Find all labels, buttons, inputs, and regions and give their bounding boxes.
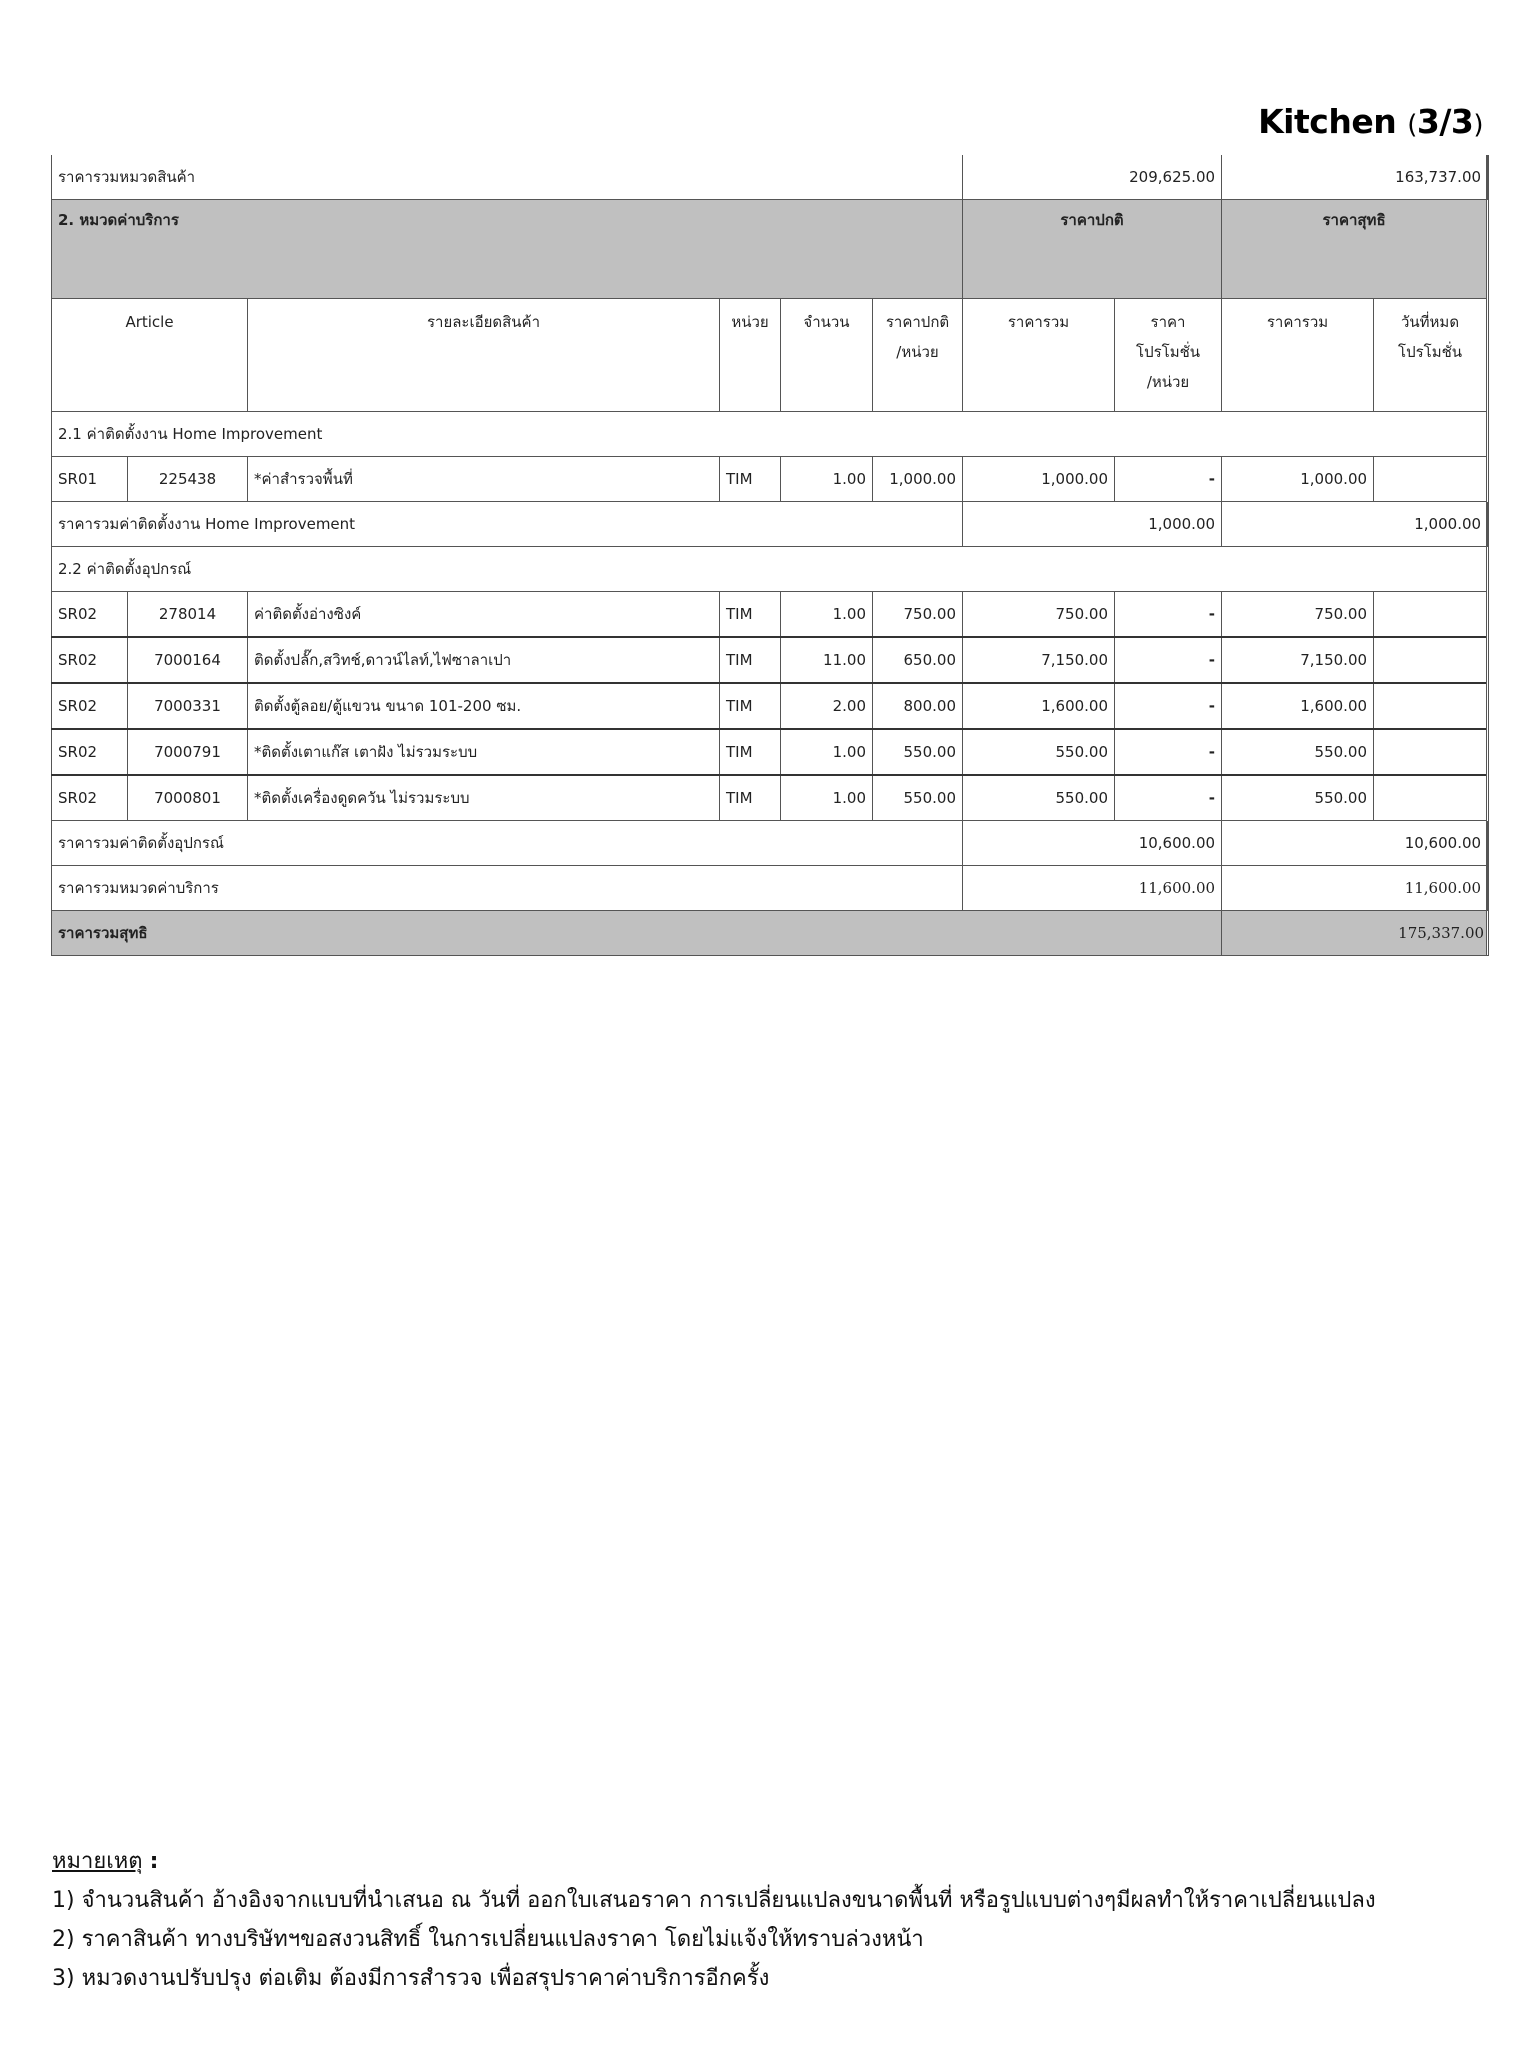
cell-qty: 1.00 bbox=[781, 775, 873, 821]
cell-net-total: 1,600.00 bbox=[1222, 683, 1374, 729]
services-total-label: ราคารวมหมวดค่าบริการ bbox=[52, 866, 963, 911]
cell-unit: TIM bbox=[720, 592, 781, 638]
products-total-row: ราคารวมหมวดสินค้า 209,625.00 163,737.00 bbox=[52, 155, 1488, 200]
cell-unit: TIM bbox=[720, 637, 781, 683]
products-total-label: ราคารวมหมวดสินค้า bbox=[52, 155, 963, 200]
page-title: Kitchen (3/3) bbox=[1258, 102, 1483, 141]
cell-article: 7000791 bbox=[128, 729, 248, 775]
grand-total-label: ราคารวมสุทธิ bbox=[52, 911, 1222, 956]
cell-unit: TIM bbox=[720, 683, 781, 729]
page-title-text: Kitchen bbox=[1258, 102, 1396, 141]
grand-total-row: ราคารวมสุทธิ 175,337.00 bbox=[52, 911, 1488, 956]
col-unit: หน่วย bbox=[720, 299, 781, 412]
cell-net-total: 550.00 bbox=[1222, 775, 1374, 821]
table-row: SR027000801*ติดตั้งเครื่องดูดควัน ไม่รวม… bbox=[52, 775, 1488, 821]
cell-promo-end bbox=[1374, 729, 1488, 775]
cell-description: *ติดตั้งเตาแก๊ส เตาฝัง ไม่รวมระบบ bbox=[248, 729, 720, 775]
cell-unit: TIM bbox=[720, 729, 781, 775]
col-net-total: ราคารวม bbox=[1222, 299, 1374, 412]
subtotal-net: 10,600.00 bbox=[1222, 821, 1488, 866]
cell-net-total: 750.00 bbox=[1222, 592, 1374, 638]
col-article: Article bbox=[52, 299, 248, 412]
notes-title: หมายเหตุ bbox=[52, 1849, 143, 1874]
subtotal-regular: 10,600.00 bbox=[963, 821, 1222, 866]
note-item: 3) หมวดงานปรับปรุง ต่อเติม ต้องมีการสำรว… bbox=[52, 1959, 1376, 1998]
cell-code: SR02 bbox=[52, 683, 128, 729]
page-indicator: 3/3 bbox=[1417, 102, 1473, 141]
cell-article: 278014 bbox=[128, 592, 248, 638]
cell-net-total: 1,000.00 bbox=[1222, 457, 1374, 502]
cell-code: SR01 bbox=[52, 457, 128, 502]
cell-article: 225438 bbox=[128, 457, 248, 502]
cell-unit-price: 550.00 bbox=[873, 775, 963, 821]
cell-total: 550.00 bbox=[963, 775, 1115, 821]
category-label: 2. หมวดค่าบริการ bbox=[52, 200, 963, 299]
services-total-row: ราคารวมหมวดค่าบริการ 11,600.00 11,600.00 bbox=[52, 866, 1488, 911]
subtotal-net: 1,000.00 bbox=[1222, 502, 1488, 547]
cell-qty: 1.00 bbox=[781, 592, 873, 638]
cell-qty: 11.00 bbox=[781, 637, 873, 683]
cell-promo-price: - bbox=[1115, 592, 1222, 638]
cell-qty: 2.00 bbox=[781, 683, 873, 729]
table-row: SR027000791*ติดตั้งเตาแก๊ส เตาฝัง ไม่รวม… bbox=[52, 729, 1488, 775]
subtotal-regular: 1,000.00 bbox=[963, 502, 1222, 547]
cell-description: ติดตั้งตู้ลอย/ตู้แขวน ขนาด 101-200 ซม. bbox=[248, 683, 720, 729]
subtotal-label: ราคารวมค่าติดตั้งอุปกรณ์ bbox=[52, 821, 963, 866]
cell-description: *ติดตั้งเครื่องดูดควัน ไม่รวมระบบ bbox=[248, 775, 720, 821]
section-header-row: 2.1 ค่าติดตั้งงาน Home Improvement bbox=[52, 412, 1488, 457]
cell-promo-price: - bbox=[1115, 457, 1222, 502]
cell-promo-price: - bbox=[1115, 637, 1222, 683]
services-net-total: 11,600.00 bbox=[1222, 866, 1488, 911]
cell-code: SR02 bbox=[52, 729, 128, 775]
cell-total: 550.00 bbox=[963, 729, 1115, 775]
cell-net-total: 7,150.00 bbox=[1222, 637, 1374, 683]
cell-description: ติดตั้งปลั๊ก,สวิทช์,ดาวน์ไลท์,ไฟซาลาเปา bbox=[248, 637, 720, 683]
category-header-row: 2. หมวดค่าบริการ ราคาปกติ ราคาสุทธิ bbox=[52, 200, 1488, 299]
cell-total: 1,600.00 bbox=[963, 683, 1115, 729]
products-regular-total: 209,625.00 bbox=[963, 155, 1222, 200]
cell-unit-price: 550.00 bbox=[873, 729, 963, 775]
cell-unit: TIM bbox=[720, 775, 781, 821]
quotation-table: ราคารวมหมวดสินค้า 209,625.00 163,737.00 … bbox=[51, 155, 1489, 956]
table-row: SR027000331ติดตั้งตู้ลอย/ตู้แขวน ขนาด 10… bbox=[52, 683, 1488, 729]
cell-code: SR02 bbox=[52, 775, 128, 821]
note-item: 2) ราคาสินค้า ทางบริษัทฯขอสงวนสิทธิ์ ในก… bbox=[52, 1920, 1376, 1959]
col-quantity: จำนวน bbox=[781, 299, 873, 412]
cell-unit: TIM bbox=[720, 457, 781, 502]
section-subtotal-row: ราคารวมค่าติดตั้งงาน Home Improvement1,0… bbox=[52, 502, 1488, 547]
cell-article: 7000331 bbox=[128, 683, 248, 729]
notes: หมายเหตุ : 1) จำนวนสินค้า อ้างอิงจากแบบท… bbox=[52, 1842, 1376, 1998]
section-label: 2.1 ค่าติดตั้งงาน Home Improvement bbox=[52, 412, 1488, 457]
cell-promo-price: - bbox=[1115, 683, 1222, 729]
cell-code: SR02 bbox=[52, 592, 128, 638]
cell-promo-end bbox=[1374, 592, 1488, 638]
products-net-total: 163,737.00 bbox=[1222, 155, 1488, 200]
col-promo-end: วันที่หมดโปรโมชั่น bbox=[1374, 299, 1488, 412]
col-regular-total: ราคารวม bbox=[963, 299, 1115, 412]
section-header-row: 2.2 ค่าติดตั้งอุปกรณ์ bbox=[52, 547, 1488, 592]
table-row: SR027000164ติดตั้งปลั๊ก,สวิทช์,ดาวน์ไลท์… bbox=[52, 637, 1488, 683]
col-description: รายละเอียดสินค้า bbox=[248, 299, 720, 412]
grand-total-value: 175,337.00 bbox=[1222, 911, 1488, 956]
column-header-row: Article รายละเอียดสินค้า หน่วย จำนวน ราค… bbox=[52, 299, 1488, 412]
col-promo-price: ราคาโปรโมชั่น/หน่วย bbox=[1115, 299, 1222, 412]
cell-description: *ค่าสำรวจพื้นที่ bbox=[248, 457, 720, 502]
cell-unit-price: 800.00 bbox=[873, 683, 963, 729]
table-row: SR02278014ค่าติดตั้งอ่างซิงค์TIM1.00750.… bbox=[52, 592, 1488, 638]
col-regular-unit-price: ราคาปกติ/หน่วย bbox=[873, 299, 963, 412]
table-row: SR01225438*ค่าสำรวจพื้นที่TIM1.001,000.0… bbox=[52, 457, 1488, 502]
cell-code: SR02 bbox=[52, 637, 128, 683]
cell-promo-end bbox=[1374, 683, 1488, 729]
cell-unit-price: 750.00 bbox=[873, 592, 963, 638]
cell-qty: 1.00 bbox=[781, 729, 873, 775]
cell-unit-price: 1,000.00 bbox=[873, 457, 963, 502]
cell-article: 7000801 bbox=[128, 775, 248, 821]
cell-total: 1,000.00 bbox=[963, 457, 1115, 502]
cell-description: ค่าติดตั้งอ่างซิงค์ bbox=[248, 592, 720, 638]
section-label: 2.2 ค่าติดตั้งอุปกรณ์ bbox=[52, 547, 1488, 592]
cell-qty: 1.00 bbox=[781, 457, 873, 502]
cell-unit-price: 650.00 bbox=[873, 637, 963, 683]
section-subtotal-row: ราคารวมค่าติดตั้งอุปกรณ์10,600.0010,600.… bbox=[52, 821, 1488, 866]
cell-article: 7000164 bbox=[128, 637, 248, 683]
cell-total: 7,150.00 bbox=[963, 637, 1115, 683]
note-item: 1) จำนวนสินค้า อ้างอิงจากแบบที่นำเสนอ ณ … bbox=[52, 1881, 1376, 1920]
regular-price-group-header: ราคาปกติ bbox=[963, 200, 1222, 299]
cell-net-total: 550.00 bbox=[1222, 729, 1374, 775]
cell-promo-end bbox=[1374, 775, 1488, 821]
cell-total: 750.00 bbox=[963, 592, 1115, 638]
cell-promo-price: - bbox=[1115, 729, 1222, 775]
cell-promo-end bbox=[1374, 637, 1488, 683]
services-regular-total: 11,600.00 bbox=[963, 866, 1222, 911]
cell-promo-end bbox=[1374, 457, 1488, 502]
subtotal-label: ราคารวมค่าติดตั้งงาน Home Improvement bbox=[52, 502, 963, 547]
net-price-group-header: ราคาสุทธิ bbox=[1222, 200, 1488, 299]
cell-promo-price: - bbox=[1115, 775, 1222, 821]
